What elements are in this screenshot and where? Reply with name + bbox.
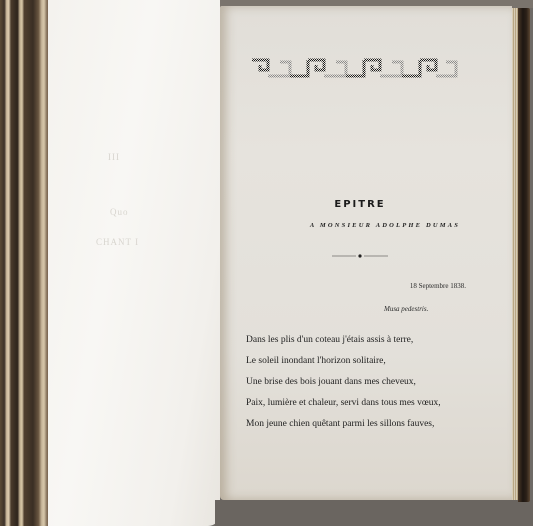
poem-verses: Dans les plis d'un coteau j'étais assis … xyxy=(246,330,486,435)
verse-line: Le soleil inondant l'horizon solitaire, xyxy=(246,351,486,372)
show-through-text: III xyxy=(108,152,120,162)
poem-title: EPITRE xyxy=(315,199,405,210)
dedication: A MONSIEUR ADOLPHE DUMAS xyxy=(285,222,485,229)
greek-key-ornament-icon xyxy=(250,56,460,80)
book-cover-right xyxy=(518,8,530,502)
verse-line: Une brise des bois jouant dans mes cheve… xyxy=(246,372,486,393)
verse-line: Mon jeune chien quêtant parmi les sillon… xyxy=(246,414,486,435)
left-page: III Quo CHANT I xyxy=(48,0,220,526)
show-through-text: CHANT I xyxy=(96,237,139,247)
table-shadow xyxy=(215,500,533,526)
verse-line: Dans les plis d'un coteau j'étais assis … xyxy=(246,330,486,351)
book-spine-left xyxy=(0,0,55,526)
flourish-divider-icon xyxy=(330,254,390,258)
verse-line: Paix, lumière et chaleur, servi dans tou… xyxy=(246,393,486,414)
show-through-text: Quo xyxy=(110,207,129,217)
date-line: 18 Septembre 1838. xyxy=(330,282,466,290)
epigraph: Musa pedestris. xyxy=(384,305,428,313)
